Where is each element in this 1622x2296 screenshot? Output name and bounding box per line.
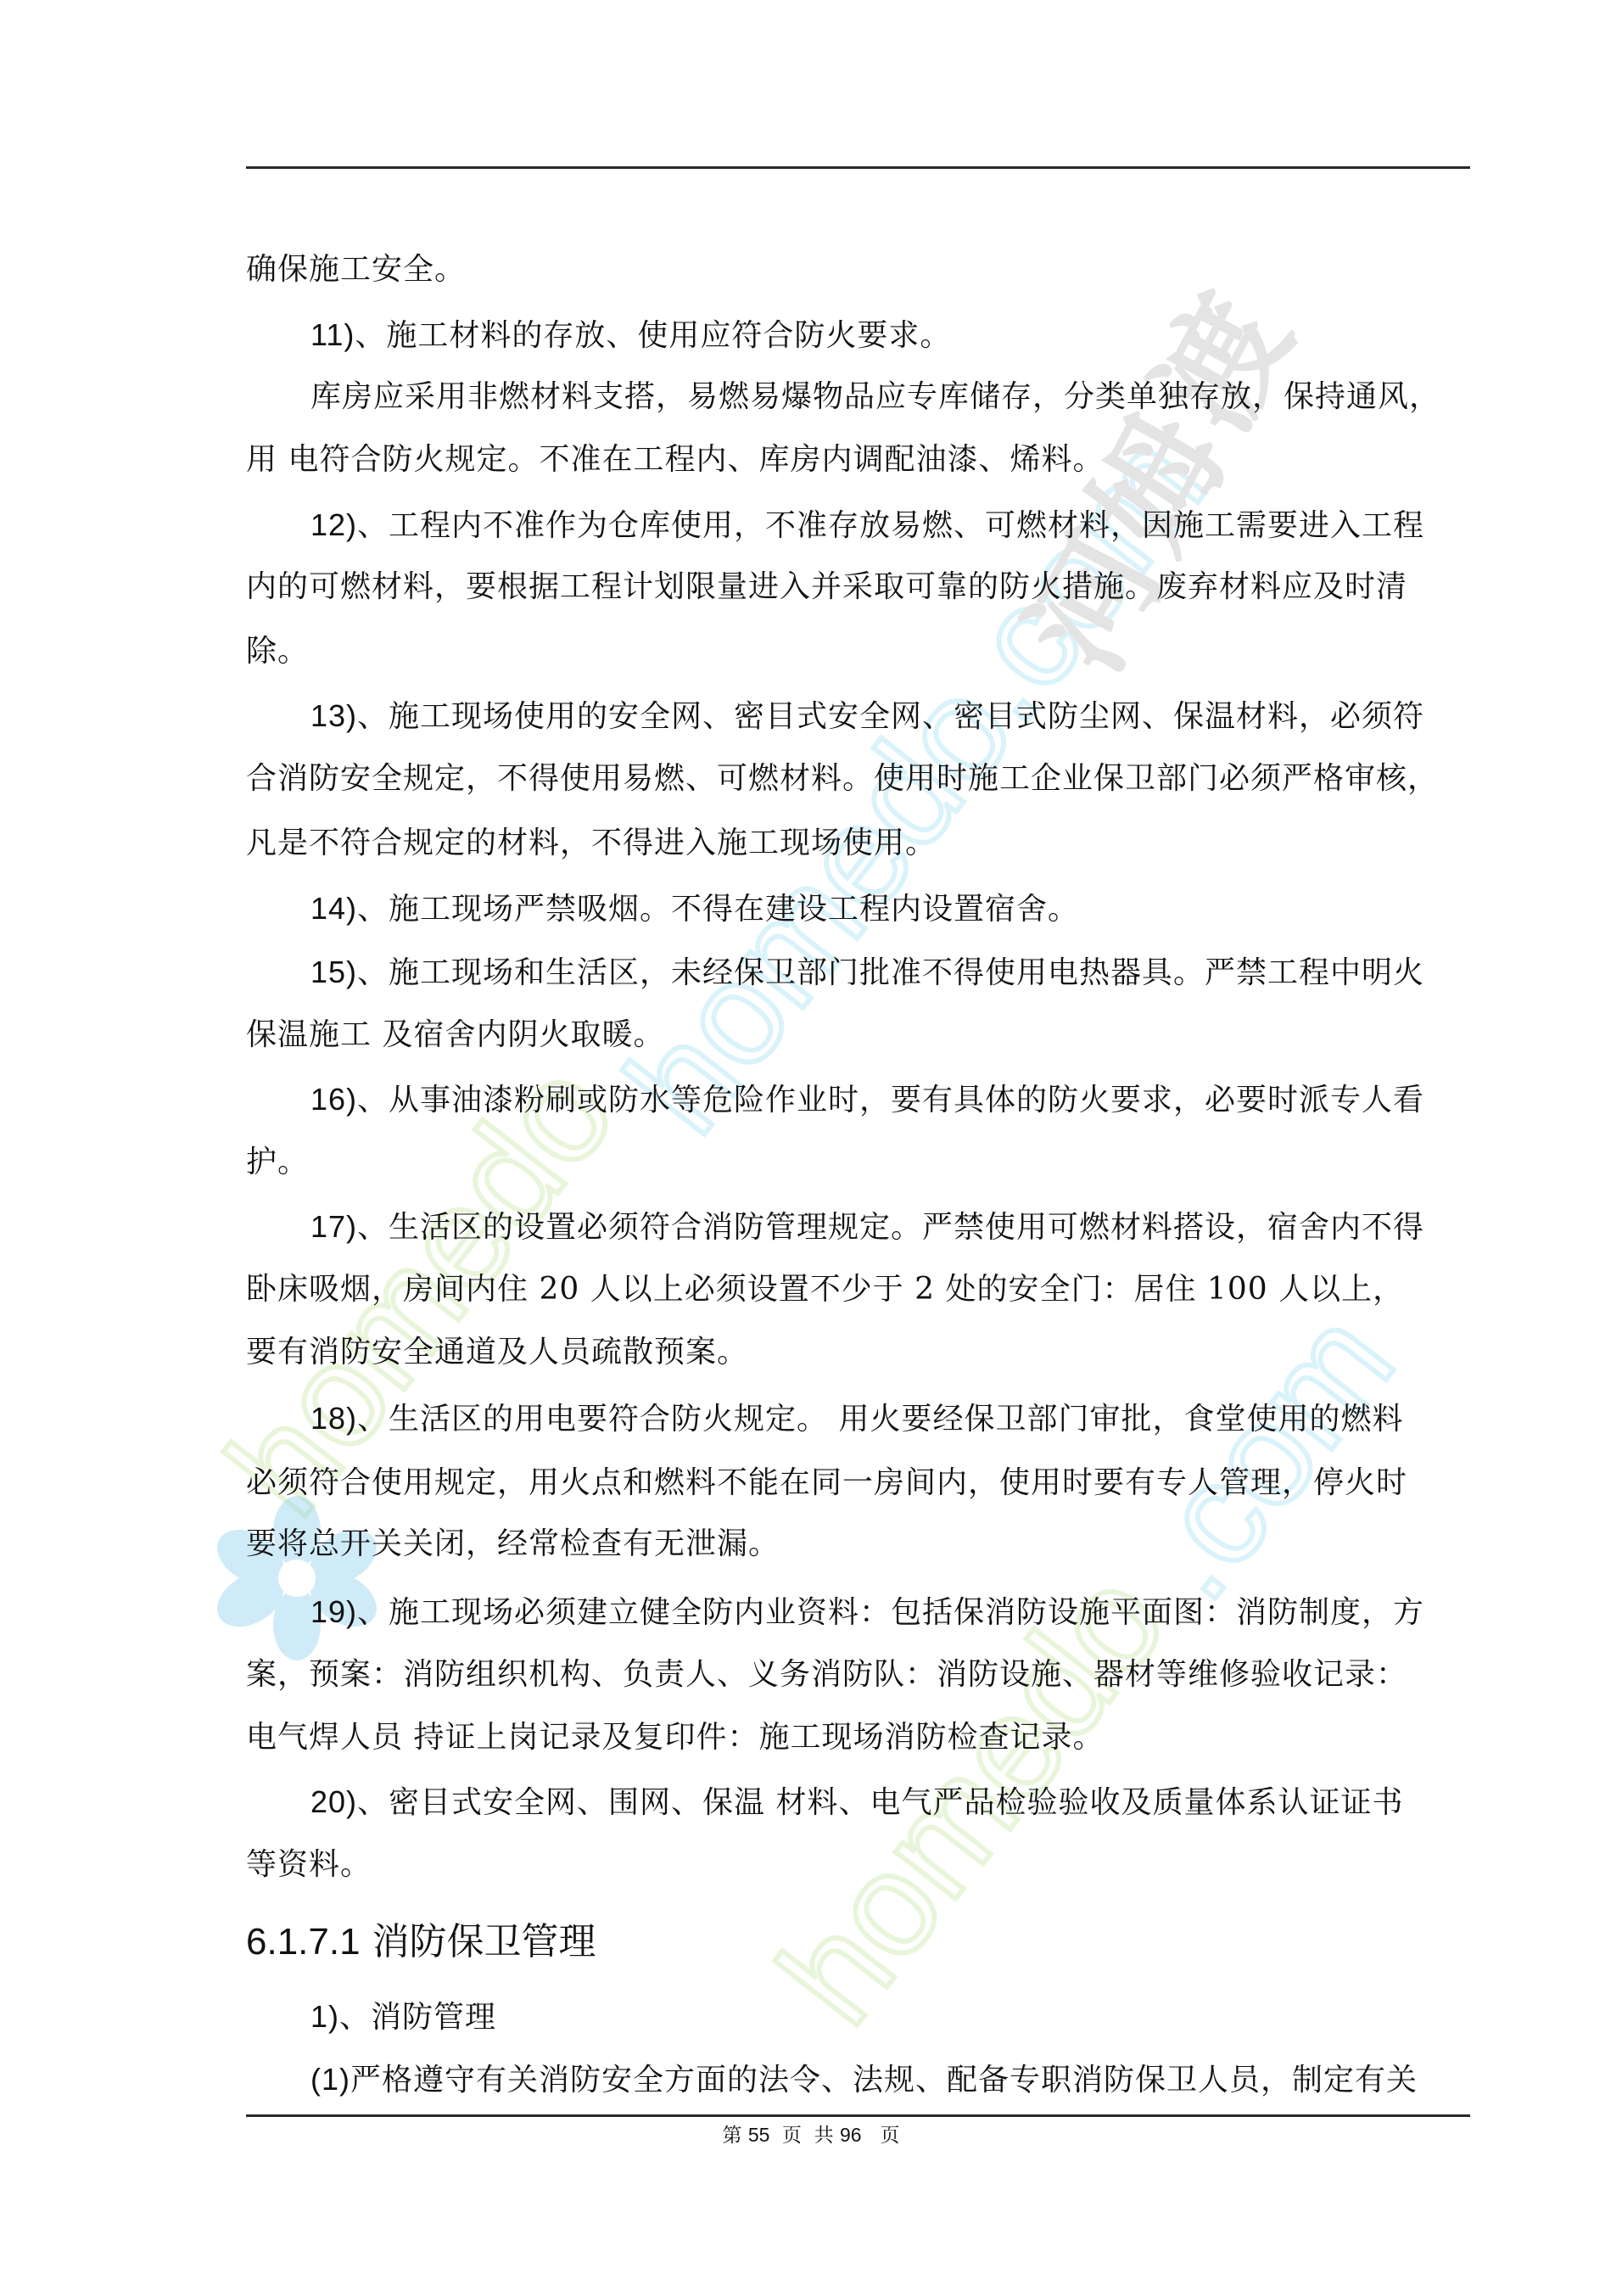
list-item-13: 13)、施工现场使用的安全网、密目式安全网、密目式防尘网、保温材料，必须符 <box>310 699 1424 734</box>
text-line: 用 电符合防火规定。不准在工程内、库房内调配油漆、烯料。 <box>246 443 1104 477</box>
text-line: 库房应采用非燃材料支搭，易燃易爆物品应专库储存，分类单独存放，保持通风， <box>310 380 1440 414</box>
list-item-17: 17)、生活区的设置必须符合消防管理规定。严禁使用可燃材料搭设，宿舍内不得 <box>310 1210 1424 1245</box>
text-line: 合消防安全规定，不得使用易燃、可燃材料。使用时施工企业保卫部门必须严格审核， <box>246 762 1439 796</box>
footer-rule <box>246 2114 1470 2117</box>
text-line: 确保施工安全。 <box>246 253 466 287</box>
list-item-1: 1)、消防管理 <box>310 2000 496 2035</box>
total-page-count: 96 <box>840 2124 862 2146</box>
list-item-11: 11)、施工材料的存放、使用应符合防火要求。 <box>310 318 951 353</box>
list-item-12: 12)、工程内不准作为仓库使用，不准存放易燃、可燃材料，因施工需要进入工程 <box>310 508 1424 543</box>
current-page-number: 55 <box>748 2124 770 2146</box>
list-item-19: 19)、施工现场必须建立健全防内业资料：包括保消防设施平面图：消防制度，方 <box>310 1595 1424 1630</box>
text-line: 案，预案：消防组织机构、负责人、义务消防队：消防设施、器材等维修验收记录： <box>246 1658 1407 1692</box>
text-line: 要有消防安全通道及人员疏散预案。 <box>246 1336 748 1369</box>
text-line: 内的可燃材料，要根据工程计划限量进入并采取可靠的防火措施。废弃材料应及时清 <box>246 570 1407 604</box>
list-item-20: 20)、密目式安全网、围网、保温 材料、电气严品检验验收及质量体系认证证书 <box>310 1785 1403 1820</box>
list-item-16: 16)、从事油漆粉刷或防水等危险作业时，要有具体的防火要求，必要时派专人看 <box>310 1083 1424 1117</box>
text-line: 除。 <box>246 635 309 669</box>
text-line: 等资料。 <box>246 1848 372 1882</box>
text-line: 必须符合使用规定，用火点和燃料不能在同一房间内，使用时要有专人管理，停火时 <box>246 1466 1407 1500</box>
list-item-18: 18)、生活区的用电要符合防火规定。 用火要经保卫部门审批，食堂使用的燃料 <box>310 1402 1403 1436</box>
text-line: 电气焊人员 持证上岗记录及复印件：施工现场消防检查记录。 <box>246 1721 1104 1755</box>
page-footer: 第 55 页 共 96 页 <box>0 2124 1622 2147</box>
list-item-1-1: (1)严格遵守有关消防安全方面的法令、法规、配备专职消防保卫人员，制定有关 <box>310 2063 1418 2097</box>
list-item-15: 15)、施工现场和生活区，未经保卫部门批准不得使用电热器具。严禁工程中明火 <box>310 955 1424 990</box>
list-item-14: 14)、施工现场严禁吸烟。不得在建设工程内设置宿舍。 <box>310 892 1079 927</box>
text-line: 护。 <box>246 1145 309 1179</box>
header-rule <box>246 166 1470 169</box>
document-page: 确保施工安全。 11)、施工材料的存放、使用应符合防火要求。 库房应采用非燃材料… <box>0 0 1622 2296</box>
section-heading: 6.1.7.1 消防保卫管理 <box>246 1921 596 1963</box>
text-line: 卧床吸烟，房间内住 20 人以上必须设置不少于 2 处的安全门：居住 100 人… <box>246 1273 1404 1307</box>
text-line: 保温施工 及宿舍内阴火取暖。 <box>246 1018 664 1052</box>
text-line: 要将总开关关闭，经常检查有无泄漏。 <box>246 1527 780 1561</box>
text-line: 凡是不符合规定的材料，不得进入施工现场使用。 <box>246 826 937 860</box>
